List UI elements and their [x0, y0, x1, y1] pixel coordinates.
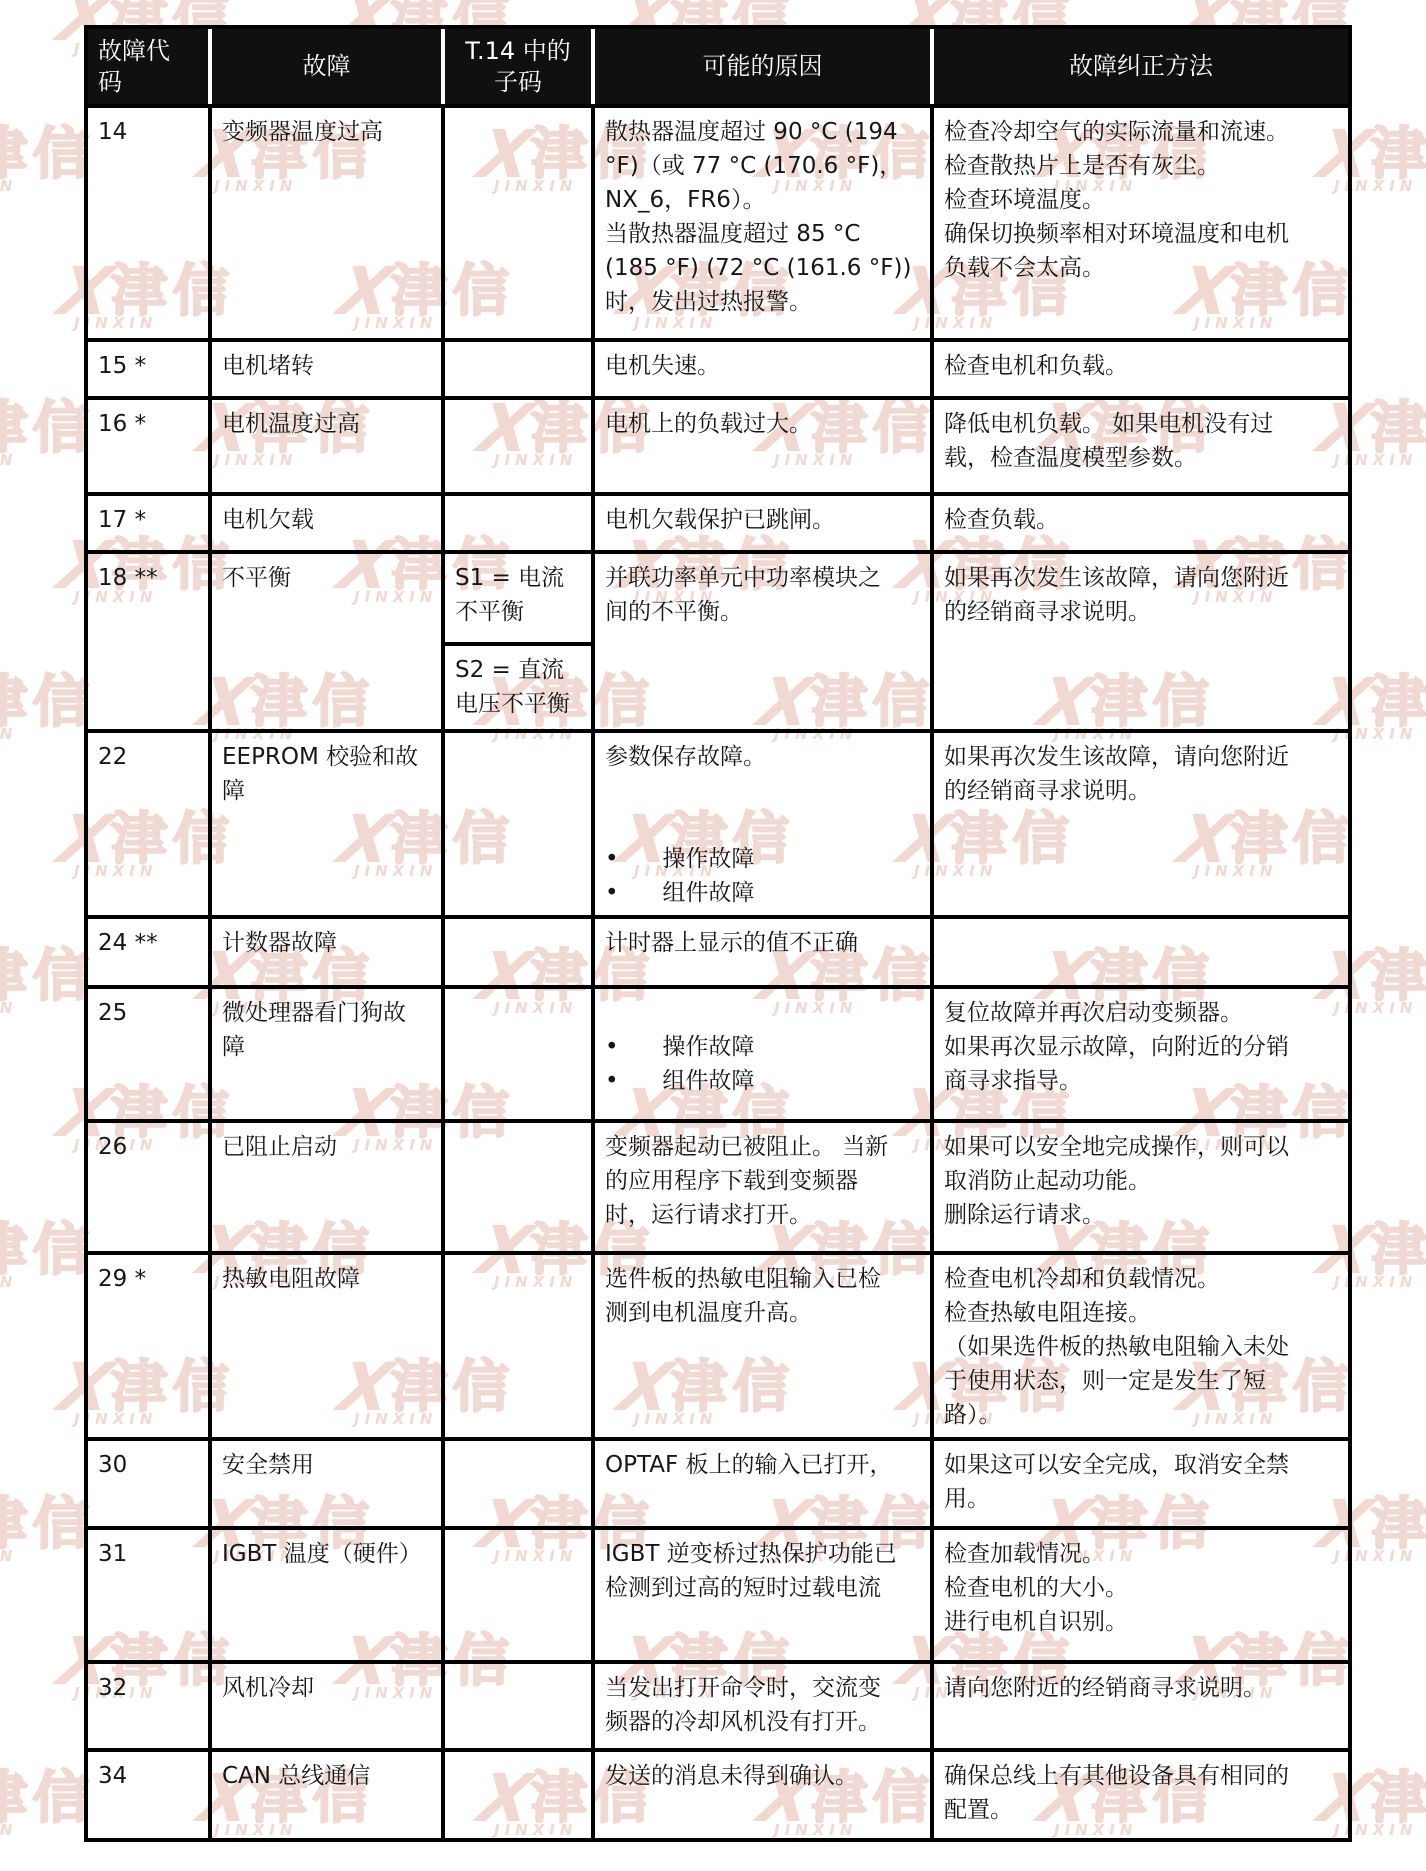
- cell-remedy: 请向您附近的经销商寻求说明。: [930, 1664, 1348, 1748]
- cell-remedy: 检查冷却空气的实际流量和流速。 检查散热片上是否有灰尘。 检查环境温度。 确保切…: [930, 108, 1348, 338]
- cell-cause: 电机失速。: [591, 342, 930, 396]
- table-row: 16 *电机温度过高电机上的负载过大。降低电机负载。 如果电机没有过 载，检查温…: [88, 396, 1348, 492]
- col-header-cause: 可能的原因: [591, 29, 930, 104]
- watermark-cn-text: 津信: [1371, 1769, 1426, 1829]
- cell-fault-code: 29 *: [88, 1255, 208, 1437]
- watermark-en-text: JINXIN: [0, 177, 95, 195]
- table-row: 15 *电机堵转电机失速。检查电机和负载。: [88, 338, 1348, 396]
- table-row: 29 *热敏电阻故障选件板的热敏电阻输入已检 测到电机温度升高。检查电机冷却和负…: [88, 1251, 1348, 1437]
- cell-fault: 风机冷却: [208, 1664, 441, 1748]
- col-header-fault: 故障: [208, 29, 441, 104]
- table-row: 24 **计数器故障计时器上显示的值不正确: [88, 915, 1348, 985]
- cell-cause: 电机欠载保护已跳闸。: [591, 496, 930, 550]
- cell-fault-code: 25: [88, 989, 208, 1119]
- col-header-subcode: T.14 中的 子码: [441, 29, 591, 104]
- cell-subcode: [441, 733, 591, 915]
- cell-fault: 计数器故障: [208, 919, 441, 985]
- jinxin-watermark: X津信JINXIN: [0, 125, 95, 195]
- cell-fault: 电机堵转: [208, 342, 441, 396]
- cell-fault: 微处理器看门狗故 障: [208, 989, 441, 1119]
- cell-subcode: [441, 108, 591, 338]
- col-header-remedy: 故障纠正方法: [930, 29, 1348, 104]
- cell-fault: CAN 总线通信: [208, 1752, 441, 1838]
- watermark-cn-text: 津信: [1371, 1221, 1426, 1281]
- watermark-cn-text: 津信: [1371, 1495, 1426, 1555]
- table-row: 26已阻止启动变频器起动已被阻止。 当新 的应用程序下载到变频器 时，运行请求打…: [88, 1119, 1348, 1251]
- jinxin-watermark: X津信JINXIN: [0, 1769, 95, 1839]
- cell-cause: 当发出打开命令时，交流变 频器的冷却风机没有打开。: [591, 1664, 930, 1748]
- cell-remedy: 复位故障并再次启动变频器。 如果再次显示故障，向附近的分销 商寻求指导。: [930, 989, 1348, 1119]
- table-row: 17 *电机欠载电机欠载保护已跳闸。检查负载。: [88, 492, 1348, 550]
- table-header-row: 故障代 码故障T.14 中的 子码可能的原因故障纠正方法: [88, 29, 1348, 104]
- cell-fault: 热敏电阻故障: [208, 1255, 441, 1437]
- watermark-cn-text: 津信: [0, 673, 95, 733]
- cell-cause: 参数保存故障。 • 操作故障 • 组件故障: [591, 733, 930, 915]
- watermark-cn-text: 津信: [1371, 947, 1426, 1007]
- subcode-s2: S2 = 直流 电压不平衡: [445, 646, 591, 726]
- col-header-fault-code: 故障代 码: [88, 29, 208, 104]
- watermark-en-text: JINXIN: [0, 1821, 95, 1839]
- fault-code-table: 故障代 码故障T.14 中的 子码可能的原因故障纠正方法 14变频器温度过高散热…: [84, 25, 1352, 1842]
- watermark-cn-text: 津信: [0, 1221, 95, 1281]
- cell-cause: 发送的消息未得到确认。: [591, 1752, 930, 1838]
- watermark-cn-text: 津信: [0, 1495, 95, 1555]
- watermark-en-text: JINXIN: [0, 451, 95, 469]
- cell-subcode: [441, 1530, 591, 1660]
- cell-cause: IGBT 逆变桥过热保护功能已 检测到过高的短时过载电流: [591, 1530, 930, 1660]
- cell-remedy: 检查电机冷却和负载情况。 检查热敏电阻连接。 （如果选件板的热敏电阻输入未处 于…: [930, 1255, 1348, 1437]
- cell-cause: 散热器温度超过 90 °C (194 °F)（或 77 °C (170.6 °F…: [591, 108, 930, 338]
- watermark-en-text: JINXIN: [0, 1273, 95, 1291]
- cell-fault-code: 24 **: [88, 919, 208, 985]
- cell-subcode: [441, 496, 591, 550]
- cell-remedy: [930, 919, 1348, 985]
- cell-fault-code: 32: [88, 1664, 208, 1748]
- cell-subcode: S1 = 电流 不平衡S2 = 直流 电压不平衡: [441, 554, 591, 729]
- cell-cause: 计时器上显示的值不正确: [591, 919, 930, 985]
- cell-subcode: [441, 342, 591, 396]
- cell-subcode: [441, 1752, 591, 1838]
- cell-fault: IGBT 温度（硬件）: [208, 1530, 441, 1660]
- table-row: 31IGBT 温度（硬件）IGBT 逆变桥过热保护功能已 检测到过高的短时过载电…: [88, 1526, 1348, 1660]
- cell-subcode: [441, 1664, 591, 1748]
- cell-cause: OPTAF 板上的输入已打开，: [591, 1441, 930, 1526]
- cell-fault: 电机欠载: [208, 496, 441, 550]
- watermark-cn-text: 津信: [0, 947, 95, 1007]
- cell-cause: 选件板的热敏电阻输入已检 测到电机温度升高。: [591, 1255, 930, 1437]
- cell-fault-code: 31: [88, 1530, 208, 1660]
- cell-fault-code: 22: [88, 733, 208, 915]
- table-row: 30安全禁用OPTAF 板上的输入已打开，如果这可以安全完成，取消安全禁 用。: [88, 1437, 1348, 1526]
- cell-remedy: 确保总线上有其他设备具有相同的 配置。: [930, 1752, 1348, 1838]
- cell-remedy: 如果再次发生该故障，请向您附近 的经销商寻求说明。: [930, 554, 1348, 729]
- cell-fault: 不平衡: [208, 554, 441, 729]
- cell-fault: 变频器温度过高: [208, 108, 441, 338]
- jinxin-watermark: X津信JINXIN: [0, 1495, 95, 1565]
- cell-subcode: [441, 1441, 591, 1526]
- cell-fault-code: 30: [88, 1441, 208, 1526]
- watermark-cn-text: 津信: [1371, 673, 1426, 733]
- table-row: 34CAN 总线通信发送的消息未得到确认。确保总线上有其他设备具有相同的 配置。: [88, 1748, 1348, 1838]
- table-row: 25微处理器看门狗故 障 • 操作故障 • 组件故障复位故障并再次启动变频器。 …: [88, 985, 1348, 1119]
- watermark-cn-text: 津信: [0, 1769, 95, 1829]
- table-row: 14变频器温度过高散热器温度超过 90 °C (194 °F)（或 77 °C …: [88, 104, 1348, 338]
- cell-fault-code: 17 *: [88, 496, 208, 550]
- cell-remedy: 如果可以安全地完成操作，则可以 取消防止起动功能。 删除运行请求。: [930, 1123, 1348, 1251]
- table-row: 18 **不平衡S1 = 电流 不平衡S2 = 直流 电压不平衡并联功率单元中功…: [88, 550, 1348, 729]
- watermark-en-text: JINXIN: [0, 1547, 95, 1565]
- table-row: 32风机冷却当发出打开命令时，交流变 频器的冷却风机没有打开。请向您附近的经销商…: [88, 1660, 1348, 1748]
- jinxin-watermark: X津信JINXIN: [0, 947, 95, 1017]
- cell-remedy: 检查负载。: [930, 496, 1348, 550]
- cell-subcode: [441, 989, 591, 1119]
- watermark-en-text: JINXIN: [0, 725, 95, 743]
- cell-fault: EEPROM 校验和故 障: [208, 733, 441, 915]
- jinxin-watermark: X津信JINXIN: [0, 399, 95, 469]
- cell-cause: • 操作故障 • 组件故障: [591, 989, 930, 1119]
- jinxin-watermark: X津信JINXIN: [0, 673, 95, 743]
- cell-cause: 并联功率单元中功率模块之 间的不平衡。: [591, 554, 930, 729]
- cell-fault-code: 26: [88, 1123, 208, 1251]
- cell-fault-code: 18 **: [88, 554, 208, 729]
- jinxin-watermark: X津信JINXIN: [0, 1221, 95, 1291]
- cell-cause: 电机上的负载过大。: [591, 400, 930, 492]
- table-row: 22EEPROM 校验和故 障参数保存故障。 • 操作故障 • 组件故障如果再次…: [88, 729, 1348, 915]
- cell-remedy: 检查电机和负载。: [930, 342, 1348, 396]
- cell-fault: 安全禁用: [208, 1441, 441, 1526]
- cell-subcode: [441, 919, 591, 985]
- cell-subcode: [441, 1255, 591, 1437]
- watermark-cn-text: 津信: [0, 125, 95, 185]
- cell-remedy: 检查加载情况。 检查电机的大小。 进行电机自识别。: [930, 1530, 1348, 1660]
- cell-fault: 电机温度过高: [208, 400, 441, 492]
- cell-fault-code: 14: [88, 108, 208, 338]
- cell-cause: 变频器起动已被阻止。 当新 的应用程序下载到变频器 时，运行请求打开。: [591, 1123, 930, 1251]
- cell-subcode: [441, 400, 591, 492]
- cell-remedy: 如果再次发生该故障，请向您附近 的经销商寻求说明。: [930, 733, 1348, 915]
- cell-remedy: 降低电机负载。 如果电机没有过 载，检查温度模型参数。: [930, 400, 1348, 492]
- cell-fault: 已阻止启动: [208, 1123, 441, 1251]
- watermark-cn-text: 津信: [1371, 125, 1426, 185]
- watermark-cn-text: 津信: [0, 399, 95, 459]
- watermark-en-text: JINXIN: [0, 999, 95, 1017]
- cell-fault-code: 15 *: [88, 342, 208, 396]
- table-body: 14变频器温度过高散热器温度超过 90 °C (194 °F)（或 77 °C …: [88, 104, 1348, 1838]
- cell-fault-code: 16 *: [88, 400, 208, 492]
- subcode-s1: S1 = 电流 不平衡: [445, 554, 591, 646]
- cell-subcode: [441, 1123, 591, 1251]
- watermark-cn-text: 津信: [1371, 399, 1426, 459]
- cell-fault-code: 34: [88, 1752, 208, 1838]
- cell-remedy: 如果这可以安全完成，取消安全禁 用。: [930, 1441, 1348, 1526]
